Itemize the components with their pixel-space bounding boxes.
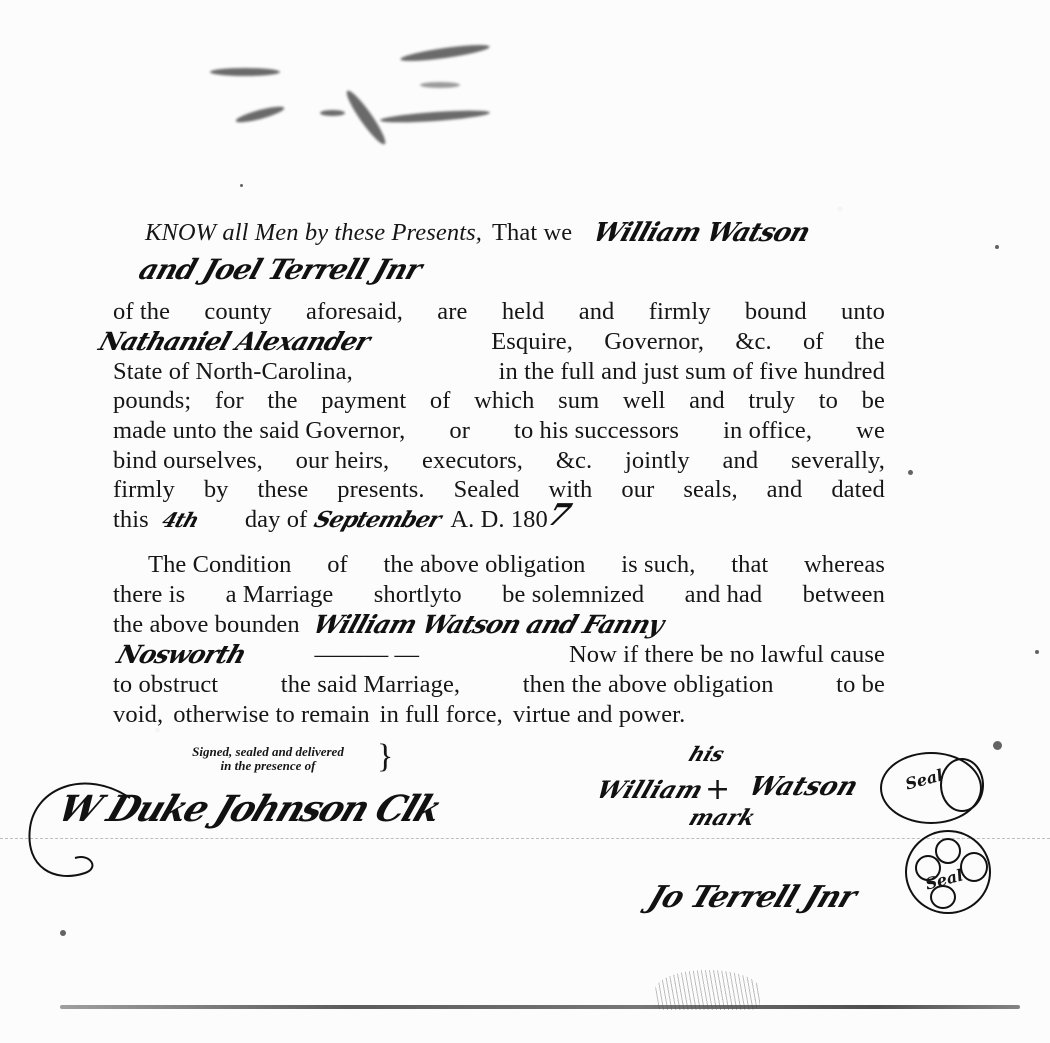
word: made unto the said Governor, (113, 416, 405, 446)
body-line-3: State of North-Carolina, in the full and… (113, 357, 885, 387)
word: and (767, 475, 803, 505)
word: and (723, 446, 759, 476)
word: State of North-Carolina, (113, 357, 353, 387)
word: to (819, 386, 838, 416)
word: we (856, 416, 885, 446)
ink-speck (60, 930, 66, 936)
handwritten-obligors-2: and Joel Terrell Jnr (135, 255, 425, 285)
handwritten-day: 4th (158, 505, 238, 535)
word: there is (113, 580, 185, 610)
year-prefix: A. D. 180 (450, 505, 548, 535)
word: our (621, 475, 654, 505)
signature-william-first: William (593, 775, 708, 804)
word: jointly (625, 446, 690, 476)
handwritten-groom-bride: William Watson and Fanny (309, 610, 667, 640)
body-line-2: Nathaniel Alexander Esquire, Governor, &… (100, 327, 885, 357)
condition-line-5: to obstruct the said Marriage, then the … (113, 670, 885, 700)
body-line-1: of the county aforesaid, are held and fi… (113, 297, 885, 327)
heading-italic: KNOW all Men by these Presents, (145, 218, 482, 248)
handwritten-dashes: ——— — (315, 640, 420, 670)
word: of (803, 327, 824, 357)
body-line-6: bind ourselves, our heirs, executors, &c… (113, 446, 885, 476)
word: aforesaid, (306, 297, 403, 327)
word: of (327, 550, 348, 580)
ink-speck (240, 184, 243, 187)
condition-line-4: Nosworth ——— — Now if there be no lawful… (118, 640, 885, 670)
handwritten-obligors-1: William Watson (589, 218, 813, 248)
word: which (474, 386, 534, 416)
condition-line-1: The Condition of the above obligation is… (148, 550, 885, 580)
word: presents. (337, 475, 424, 505)
ink-speck (908, 470, 913, 475)
word: severally, (791, 446, 885, 476)
word: for (215, 386, 244, 416)
mark-cross: + (705, 772, 730, 807)
word: dated (831, 475, 885, 505)
word: this (113, 505, 149, 535)
signature-watson: Watson (745, 772, 863, 802)
word: and (579, 297, 615, 327)
word: to be (836, 670, 885, 700)
word: then the above obligation (523, 670, 774, 700)
word: executors, (422, 446, 523, 476)
word: payment (321, 386, 406, 416)
word: in office, (723, 416, 812, 446)
word: void, (113, 700, 163, 730)
brace-icon: } (377, 740, 393, 774)
word: bind ourselves, (113, 446, 263, 476)
word: between (803, 580, 885, 610)
word: seals, (683, 475, 737, 505)
witness-caption-line-2: in the presence of (158, 759, 378, 773)
paper-bottom-edge (60, 1005, 1020, 1009)
word: well (623, 386, 666, 416)
heading-tail: That we (492, 218, 572, 248)
word: bound (745, 297, 807, 327)
word: is such, (621, 550, 695, 580)
word: are (437, 297, 467, 327)
word: sum (558, 386, 599, 416)
word: the above bounden (113, 610, 300, 640)
condition-line-3: the above bounden William Watson and Fan… (113, 610, 885, 640)
word: shortlyto (374, 580, 462, 610)
word: the (855, 327, 885, 357)
word: and had (685, 580, 763, 610)
word: whereas (804, 550, 885, 580)
word: these (257, 475, 308, 505)
word: or (449, 416, 470, 446)
heading-line: KNOW all Men by these Presents, That we … (145, 218, 935, 248)
handwritten-month: September (310, 505, 455, 535)
word: unto (841, 297, 885, 327)
ink-speck (995, 245, 999, 249)
word: and (689, 386, 725, 416)
witness-caption-line-1: Signed, sealed and delivered (158, 745, 378, 759)
paper-stain (655, 970, 760, 1010)
signature-terrell: Jo Terrell Jnr (644, 880, 861, 915)
word: The Condition (148, 550, 292, 580)
witness-caption: Signed, sealed and delivered in the pres… (158, 745, 378, 773)
seal-2-ring (960, 852, 988, 882)
fold-line (0, 838, 1050, 839)
word: of the (113, 297, 170, 327)
body-line-8-date: this 4th day of September A. D. 180 7 (113, 505, 885, 535)
ink-speck (1035, 650, 1039, 654)
word: county (204, 297, 271, 327)
word: Sealed (454, 475, 520, 505)
condition-line-6: void, otherwise to remain in full force,… (113, 700, 885, 730)
ink-speck (993, 741, 1002, 750)
word: &c. (735, 327, 771, 357)
word: to his successors (514, 416, 679, 446)
handwritten-bride-surname: Nosworth (113, 640, 249, 670)
word: Governor, (604, 327, 704, 357)
word: Now if there be no lawful cause (569, 640, 885, 670)
body-line-4: pounds; for the payment of which sum wel… (113, 386, 885, 416)
word: that (731, 550, 768, 580)
signature-mark: mark (685, 805, 759, 831)
word: the (267, 386, 297, 416)
witness-signature: W Duke Johnson Clk (52, 788, 446, 830)
word: otherwise to remain (173, 700, 369, 730)
word: truly (748, 386, 795, 416)
word: firmly (113, 475, 175, 505)
word: be (862, 386, 885, 416)
handwritten-governor-name: Nathaniel Alexander (95, 327, 465, 357)
word: held (502, 297, 545, 327)
condition-line-2: there is a Marriage shortlyto be solemni… (113, 580, 885, 610)
word: our heirs, (296, 446, 390, 476)
body-line-7: firmly by these presents. Sealed with ou… (113, 475, 885, 505)
word: &c. (556, 446, 592, 476)
body-line-5: made unto the said Governor, or to his s… (113, 416, 885, 446)
word: to obstruct (113, 670, 218, 700)
word: of (430, 386, 451, 416)
word: in full force, (380, 700, 503, 730)
word: by (204, 475, 229, 505)
word: virtue and power. (513, 700, 685, 730)
word: a Marriage (226, 580, 334, 610)
word: pounds; (113, 386, 191, 416)
signature-his: his (686, 742, 728, 766)
obligors-line-2: and Joel Terrell Jnr (140, 255, 912, 285)
word: Esquire, (491, 327, 573, 357)
word: be solemnized (502, 580, 644, 610)
word: the said Marriage, (281, 670, 460, 700)
seal-1-inner (940, 758, 984, 812)
document-page: KNOW all Men by these Presents, That we … (0, 0, 1050, 1043)
word: day of (245, 505, 308, 535)
word: firmly (649, 297, 711, 327)
word: the above obligation (383, 550, 585, 580)
word: in the full and just sum of five hundred (499, 357, 885, 387)
